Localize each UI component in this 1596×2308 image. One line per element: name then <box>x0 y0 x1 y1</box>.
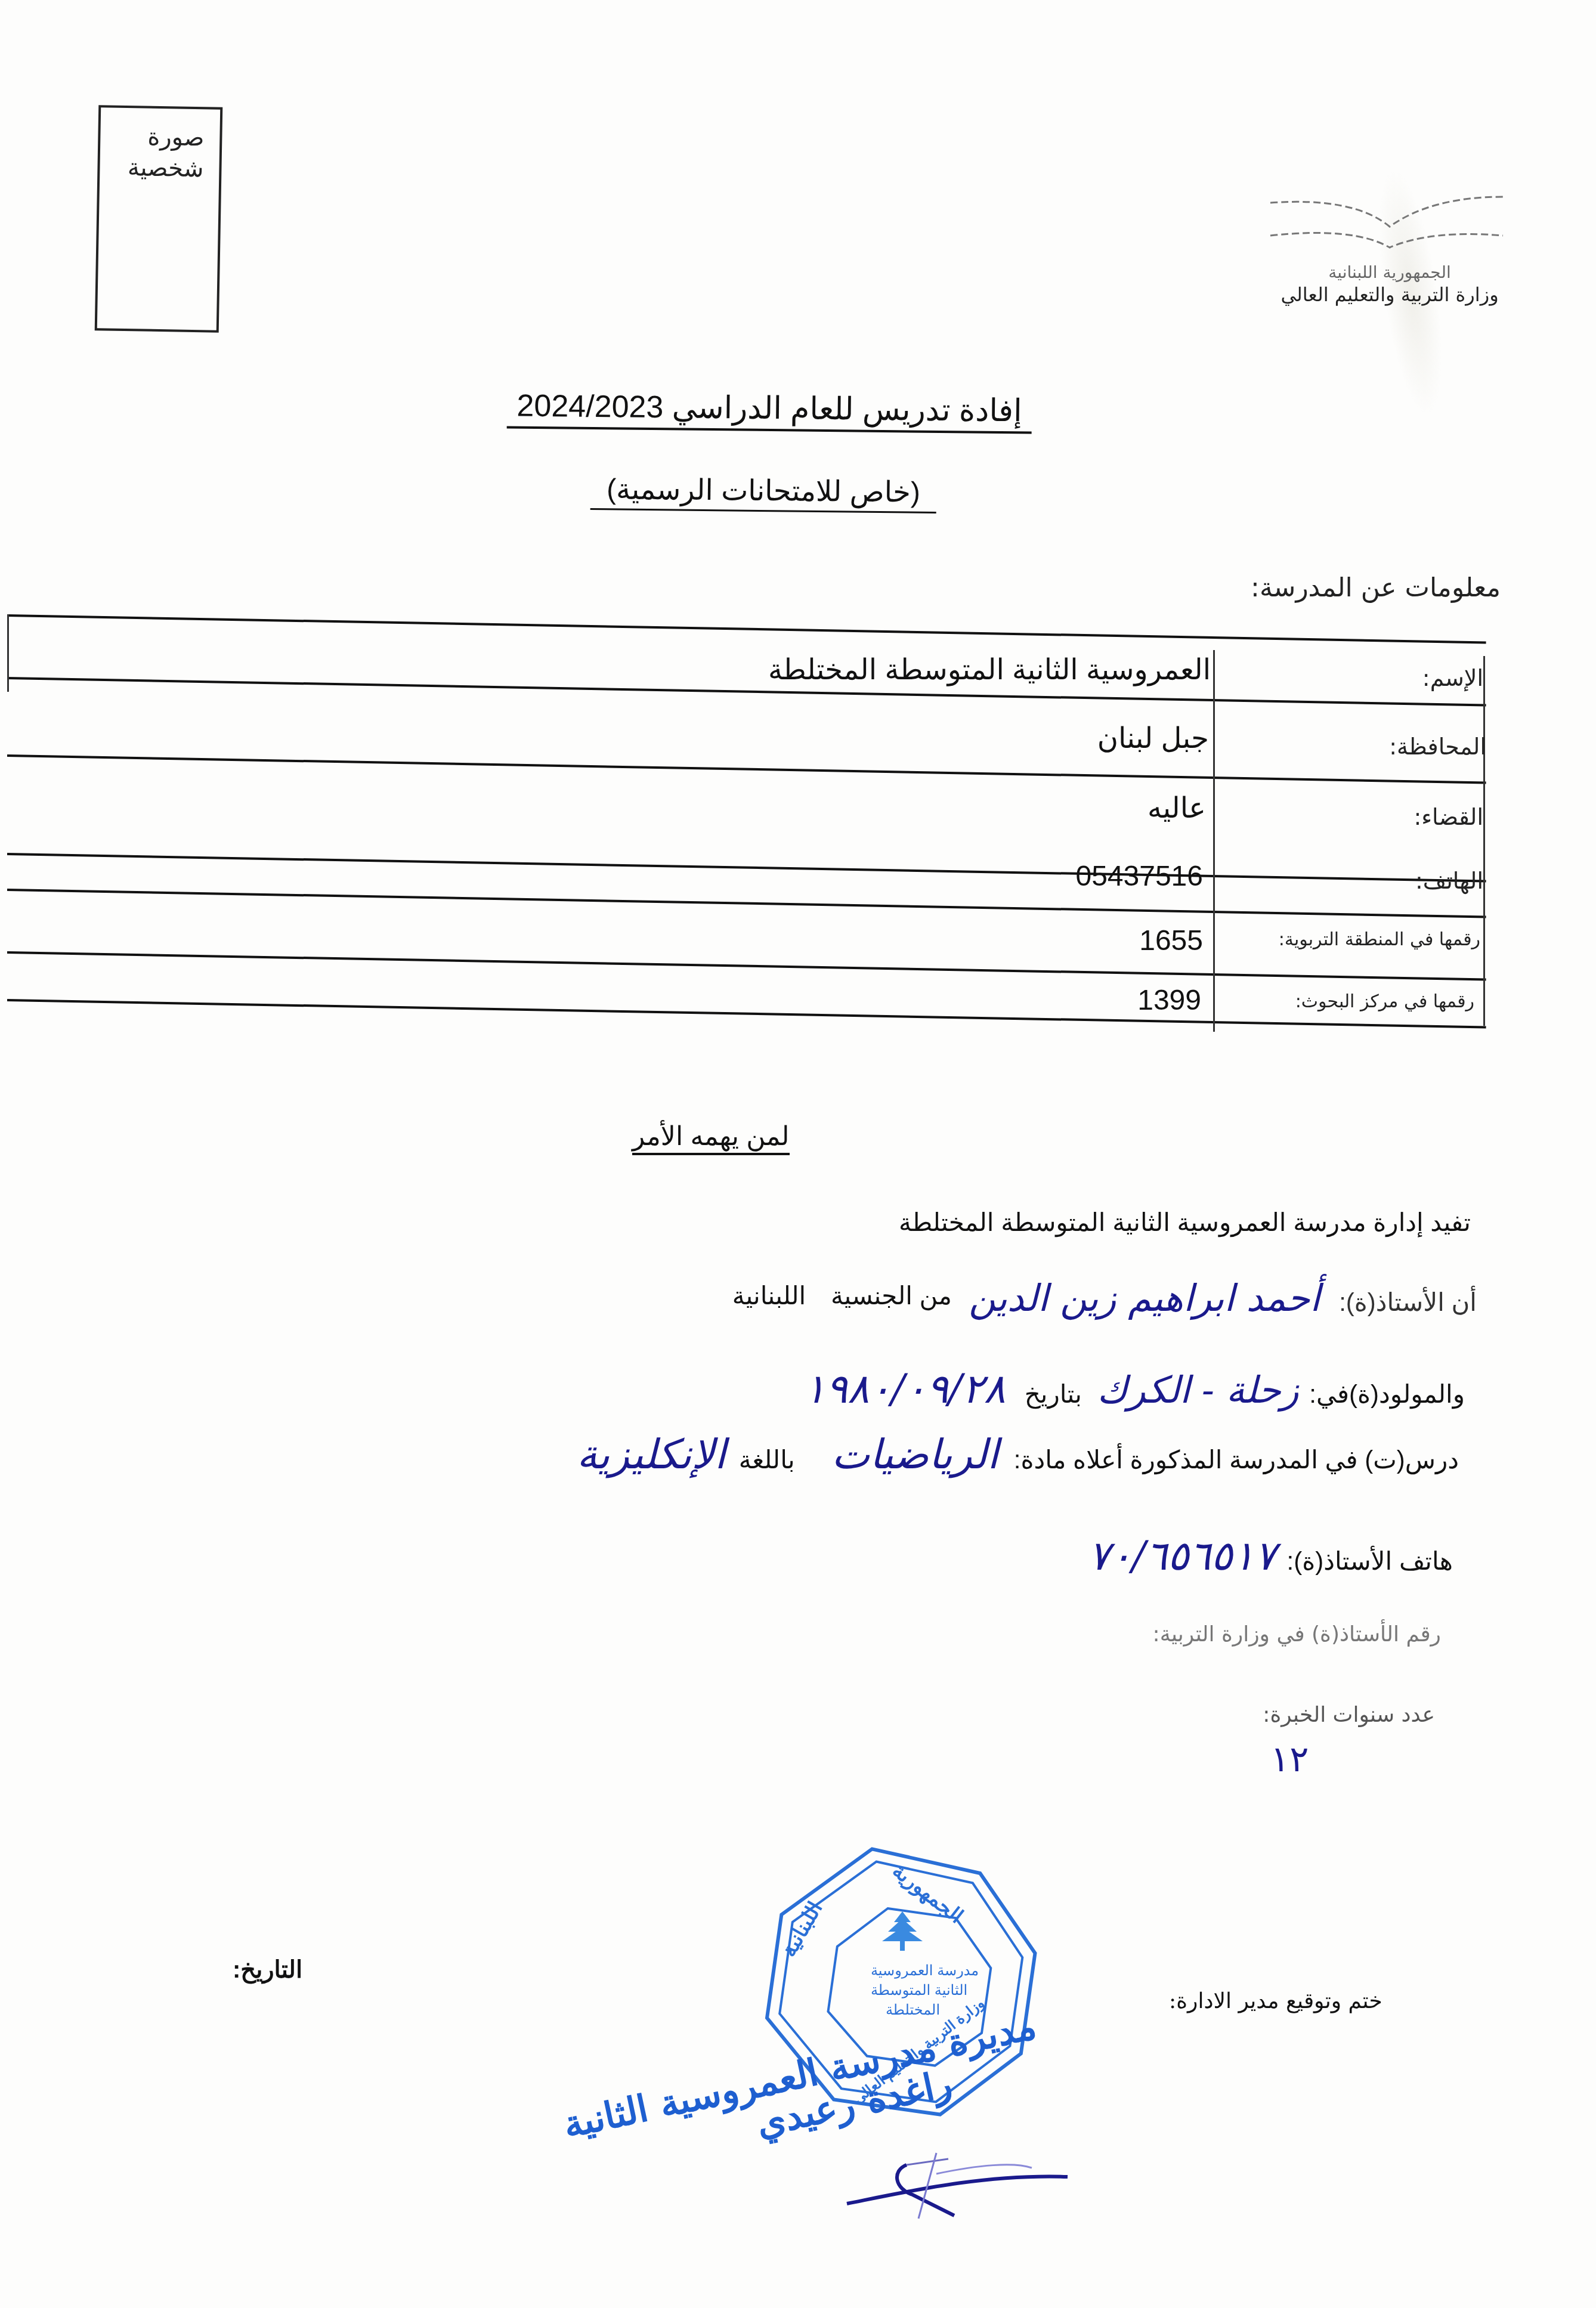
photo-placeholder-box: صورة شخصية <box>95 105 223 333</box>
subject-line: درس(ت) في المدرسة المذكورة أعلاه مادة: ا… <box>577 1431 1459 1478</box>
birth-date-label: بتاريخ <box>1025 1380 1082 1408</box>
label-name: الإسم: <box>1422 665 1483 691</box>
teacher-line: أن الأستاذ(ة): أحمد ابراهيم زين الدين <box>969 1276 1477 1320</box>
teacher-phone-line: هاتف الأستاذ(ة): ٧٠/٦٥٦٥١٧ <box>1088 1533 1453 1580</box>
nationality-label: من الجنسية <box>831 1282 952 1310</box>
signature-icon <box>835 2147 1074 2230</box>
birth-place-label: والمولود(ة)في: <box>1309 1380 1465 1408</box>
principal-signature <box>835 2147 1074 2233</box>
subject-handwritten: الرياضيات <box>831 1431 998 1478</box>
republic-text: الجمهورية اللبنانية <box>1241 262 1539 282</box>
stamp-inner-line1: مدرسة العمروسية <box>871 1962 979 1979</box>
stamp-inner-line2: الثانية المتوسطة <box>871 1982 967 1999</box>
intro-line: تفيد إدارة مدرسة العمروسية الثانية المتو… <box>899 1208 1471 1237</box>
language-label: باللغة <box>739 1446 795 1474</box>
table-border <box>7 951 1486 980</box>
cedar-icon <box>882 1911 923 1951</box>
photo-label-line1: صورة <box>147 122 205 154</box>
label-governorate: المحافظة: <box>1389 734 1486 760</box>
ministry-header: الجمهورية اللبنانية وزارة التربية والتعل… <box>1241 179 1539 322</box>
value-research-center-number: 1399 <box>1137 984 1201 1017</box>
teacher-name-handwritten: أحمد ابراهيم زين الدين <box>969 1276 1320 1320</box>
value-governorate: جبل لبنان <box>1097 722 1209 755</box>
teaches-label: درس(ت) في المدرسة المذكورة أعلاه مادة: <box>1014 1446 1459 1474</box>
teacher-phone-handwritten: ٧٠/٦٥٦٥١٧ <box>1088 1533 1276 1580</box>
stamp-inner-line3: المختلطة <box>886 2001 940 2019</box>
school-info-table: الإسم: العمروسية الثانية المتوسطة المختل… <box>7 614 1492 1026</box>
table-border <box>7 614 1486 643</box>
school-info-heading: معلومات عن المدرسة: <box>1251 573 1501 603</box>
value-name: العمروسية الثانية المتوسطة المختلطة <box>768 653 1211 686</box>
value-district: عاليه <box>1147 791 1206 825</box>
date-label: التاريخ: <box>233 1956 302 1984</box>
label-research-center-number: رقمها في مركز البحوث: <box>1295 991 1474 1012</box>
table-border <box>1483 656 1485 1026</box>
birth-line: والمولود(ة)في: زحلة - الكرك بتاريخ ١٩٨٠/… <box>804 1366 1465 1413</box>
teacher-label: أن الأستاذ(ة): <box>1339 1288 1477 1316</box>
nationality-line: من الجنسية اللبنانية <box>732 1281 952 1310</box>
photo-label-line2: شخصية <box>127 152 203 184</box>
label-edu-zone-number: رقمها في المنطقة التربوية: <box>1279 929 1480 950</box>
table-border <box>7 614 9 692</box>
table-border <box>7 677 1486 706</box>
nationality-value: اللبنانية <box>732 1282 806 1310</box>
ministry-name: وزارة التربية والتعليم العالي <box>1241 283 1539 306</box>
teacher-phone-label: هاتف الأستاذ(ة): <box>1287 1547 1453 1575</box>
to-whom-heading: لمن يهمه الأمر <box>632 1121 790 1155</box>
language-handwritten: الإنكليزية <box>577 1431 726 1478</box>
signature-label: ختم وتوقيع مدير الادارة: <box>1169 1989 1382 2013</box>
experience-label: عدد سنوات الخبرة: <box>1263 1703 1435 1727</box>
birth-date-handwritten: ١٩٨٠/٠٩/٢٨ <box>804 1366 1006 1413</box>
emblem-icon <box>1264 179 1515 256</box>
document-title: إفادة تدريس للعام الدراسي 2024/2023 <box>507 388 1032 434</box>
table-border <box>7 853 1486 882</box>
ministry-number-label: رقم الأستاذ(ة) في وزارة التربية: <box>1153 1622 1442 1647</box>
label-phone: الهاتف: <box>1415 868 1483 894</box>
table-border <box>7 754 1486 784</box>
table-column-divider <box>1213 650 1215 1032</box>
birth-place-handwritten: زحلة - الكرك <box>1097 1368 1299 1412</box>
value-phone: 05437516 <box>1075 860 1203 893</box>
table-border <box>7 889 1486 918</box>
value-edu-zone-number: 1655 <box>1139 924 1203 957</box>
experience-handwritten: ١٢ <box>1270 1738 1309 1780</box>
document-subtitle: (خاص للامتحانات الرسمية) <box>590 472 937 513</box>
table-border <box>7 999 1486 1028</box>
label-district: القضاء: <box>1413 804 1483 830</box>
